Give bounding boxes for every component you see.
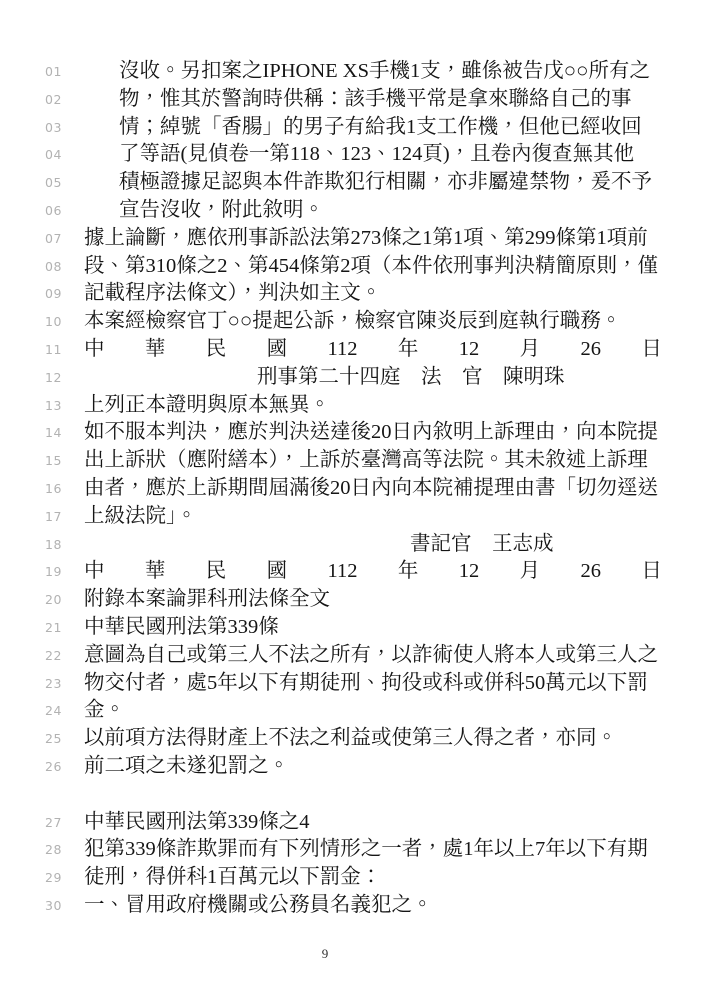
document-line: 15出上訴狀（應附繕本），上訴於臺灣高等法院。其未敘述上訴理 [0, 447, 706, 475]
line-number: 12 [45, 364, 62, 392]
line-number: 17 [45, 503, 62, 531]
line-number: 07 [45, 225, 62, 253]
line-number: 28 [45, 836, 62, 864]
document-line: 17上級法院」。 [0, 503, 706, 531]
line-number: 24 [45, 697, 62, 725]
line-text: 沒收。另扣案之IPHONE XS手機1支，雖係被告戊○○所有之 [119, 58, 650, 86]
court-judgment-page: 01沒收。另扣案之IPHONE XS手機1支，雖係被告戊○○所有之02物，惟其於… [0, 0, 706, 1000]
line-text: 由者，應於上訴期間屆滿後20日內向本院補提理由書「切勿逕送 [84, 475, 658, 503]
line-number: 06 [45, 197, 62, 225]
line-text: 書記官 王志成 [410, 531, 554, 559]
line-text: 意圖為自己或第三人不法之所有，以詐術使人將本人或第三人之 [84, 642, 658, 670]
document-line: 27中華民國刑法第339條之4 [0, 809, 706, 837]
line-text: 了等語(見偵卷一第118、123、124頁)，且卷內復查無其他 [119, 141, 634, 169]
line-text: 段、第310條之2、第454條第2項（本件依刑事判決精簡原則，僅 [84, 253, 658, 281]
line-text: 中華民國刑法第339條 [84, 614, 279, 642]
line-number: 25 [45, 725, 62, 753]
line-number: 20 [45, 586, 62, 614]
document-line: 18書記官 王志成 [0, 531, 706, 559]
line-text: 以前項方法得財產上不法之利益或使第三人得之者，亦同。 [84, 725, 617, 753]
line-text: 記載程序法條文），判決如主文。 [84, 280, 381, 308]
date-token: 華 [145, 336, 166, 364]
document-line: 28犯第339條詐欺罪而有下列情形之一者，處1年以上7年以下有期 [0, 836, 706, 864]
date-token: 年 [398, 558, 419, 586]
line-text: 犯第339條詐欺罪而有下列情形之一者，處1年以上7年以下有期 [84, 836, 648, 864]
line-number: 10 [45, 308, 62, 336]
line-text: 前二項之未遂犯罰之。 [84, 753, 289, 781]
blank-line [0, 781, 706, 809]
document-line: 03情；綽號「香腸」的男子有給我1支工作機，但他已經收回 [0, 114, 706, 142]
line-number: 08 [45, 253, 62, 281]
date-token: 國 [267, 336, 288, 364]
date-token: 國 [267, 558, 288, 586]
line-number: 11 [45, 336, 62, 364]
line-text: 物交付者，處5年以下有期徒刑、拘役或科或併科50萬元以下罰 [84, 670, 648, 698]
line-number: 22 [45, 642, 62, 670]
line-text: 刑事第二十四庭 法 官 陳明珠 [257, 364, 565, 392]
line-text: 積極證據足認與本件詐欺犯行相關，亦非屬違禁物，爰不予 [119, 169, 652, 197]
line-number: 18 [45, 531, 62, 559]
line-number: 14 [45, 419, 62, 447]
document-line: 26前二項之未遂犯罰之。 [0, 753, 706, 781]
line-text: 上列正本證明與原本無異。 [84, 392, 330, 420]
document-line: 07據上論斷，應依刑事訴訟法第273條之1第1項、第299條第1項前 [0, 225, 706, 253]
document-line: 20附錄本案論罪科刑法條全文 [0, 586, 706, 614]
line-text: 金。 [84, 697, 125, 725]
line-number: 19 [45, 558, 62, 586]
document-line: 22意圖為自己或第三人不法之所有，以詐術使人將本人或第三人之 [0, 642, 706, 670]
date-token: 26 [581, 558, 602, 586]
date-token: 年 [398, 336, 419, 364]
line-text: 附錄本案論罪科刑法條全文 [84, 586, 330, 614]
line-text: 中華民國刑法第339條之4 [84, 809, 310, 837]
date-token: 112 [328, 336, 358, 364]
date-token: 日 [641, 558, 662, 586]
line-number: 30 [45, 892, 62, 920]
date-token: 中 [84, 336, 105, 364]
line-text: 宣告沒收，附此敘明。 [119, 197, 324, 225]
document-line: 04了等語(見偵卷一第118、123、124頁)，且卷內復查無其他 [0, 141, 706, 169]
document-line: 02物，惟其於警詢時供稱：該手機平常是拿來聯絡自己的事 [0, 86, 706, 114]
line-text: 物，惟其於警詢時供稱：該手機平常是拿來聯絡自己的事 [119, 86, 632, 114]
page-number: 9 [313, 946, 337, 962]
date-token: 民 [206, 558, 227, 586]
document-body: 01沒收。另扣案之IPHONE XS手機1支，雖係被告戊○○所有之02物，惟其於… [0, 58, 706, 920]
line-number: 05 [45, 169, 62, 197]
line-number: 02 [45, 86, 62, 114]
document-line: 08段、第310條之2、第454條第2項（本件依刑事判決精簡原則，僅 [0, 253, 706, 281]
date-token: 112 [328, 558, 358, 586]
document-line: 19中華民國112年12月26日 [0, 558, 706, 586]
line-number: 26 [45, 753, 62, 781]
document-line: 23物交付者，處5年以下有期徒刑、拘役或科或併科50萬元以下罰 [0, 670, 706, 698]
document-line: 05積極證據足認與本件詐欺犯行相關，亦非屬違禁物，爰不予 [0, 169, 706, 197]
document-line: 21中華民國刑法第339條 [0, 614, 706, 642]
line-number: 16 [45, 475, 62, 503]
date-token: 華 [145, 558, 166, 586]
line-text: 出上訴狀（應附繕本），上訴於臺灣高等法院。其未敘述上訴理 [84, 447, 648, 475]
line-text: 本案經檢察官丁○○提起公訴，檢察官陳炎辰到庭執行職務。 [84, 308, 621, 336]
line-text: 一、冒用政府機關或公務員名義犯之。 [84, 892, 433, 920]
line-text: 中華民國112年12月26日 [84, 336, 662, 364]
document-line: 10本案經檢察官丁○○提起公訴，檢察官陳炎辰到庭執行職務。 [0, 308, 706, 336]
document-line: 16由者，應於上訴期間屆滿後20日內向本院補提理由書「切勿逕送 [0, 475, 706, 503]
line-number: 03 [45, 114, 62, 142]
date-token: 日 [641, 336, 662, 364]
line-number: 23 [45, 670, 62, 698]
date-token: 月 [520, 336, 541, 364]
document-line: 24金。 [0, 697, 706, 725]
document-line: 01沒收。另扣案之IPHONE XS手機1支，雖係被告戊○○所有之 [0, 58, 706, 86]
document-line: 12刑事第二十四庭 法 官 陳明珠 [0, 364, 706, 392]
document-line: 13上列正本證明與原本無異。 [0, 392, 706, 420]
document-line: 25以前項方法得財產上不法之利益或使第三人得之者，亦同。 [0, 725, 706, 753]
line-number: 27 [45, 809, 62, 837]
line-number: 13 [45, 392, 62, 420]
line-number: 29 [45, 864, 62, 892]
date-token: 12 [459, 558, 480, 586]
document-line: 11中華民國112年12月26日 [0, 336, 706, 364]
line-text: 如不服本判決，應於判決送達後20日內敘明上訴理由，向本院提 [84, 419, 658, 447]
line-number: 09 [45, 280, 62, 308]
line-number: 15 [45, 447, 62, 475]
date-token: 月 [520, 558, 541, 586]
line-text: 徒刑，得併科1百萬元以下罰金： [84, 864, 381, 892]
document-line: 14如不服本判決，應於判決送達後20日內敘明上訴理由，向本院提 [0, 419, 706, 447]
line-text: 中華民國112年12月26日 [84, 558, 662, 586]
line-text: 情；綽號「香腸」的男子有給我1支工作機，但他已經收回 [119, 114, 642, 142]
document-line: 30一、冒用政府機關或公務員名義犯之。 [0, 892, 706, 920]
date-token: 中 [84, 558, 105, 586]
line-text: 上級法院」。 [84, 503, 197, 531]
line-number: 01 [45, 58, 62, 86]
line-text: 據上論斷，應依刑事訴訟法第273條之1第1項、第299條第1項前 [84, 225, 648, 253]
date-token: 26 [581, 336, 602, 364]
document-line: 29徒刑，得併科1百萬元以下罰金： [0, 864, 706, 892]
date-token: 民 [206, 336, 227, 364]
date-token: 12 [459, 336, 480, 364]
document-line: 09記載程序法條文），判決如主文。 [0, 280, 706, 308]
line-number: 04 [45, 141, 62, 169]
line-number: 21 [45, 614, 62, 642]
document-line: 06宣告沒收，附此敘明。 [0, 197, 706, 225]
